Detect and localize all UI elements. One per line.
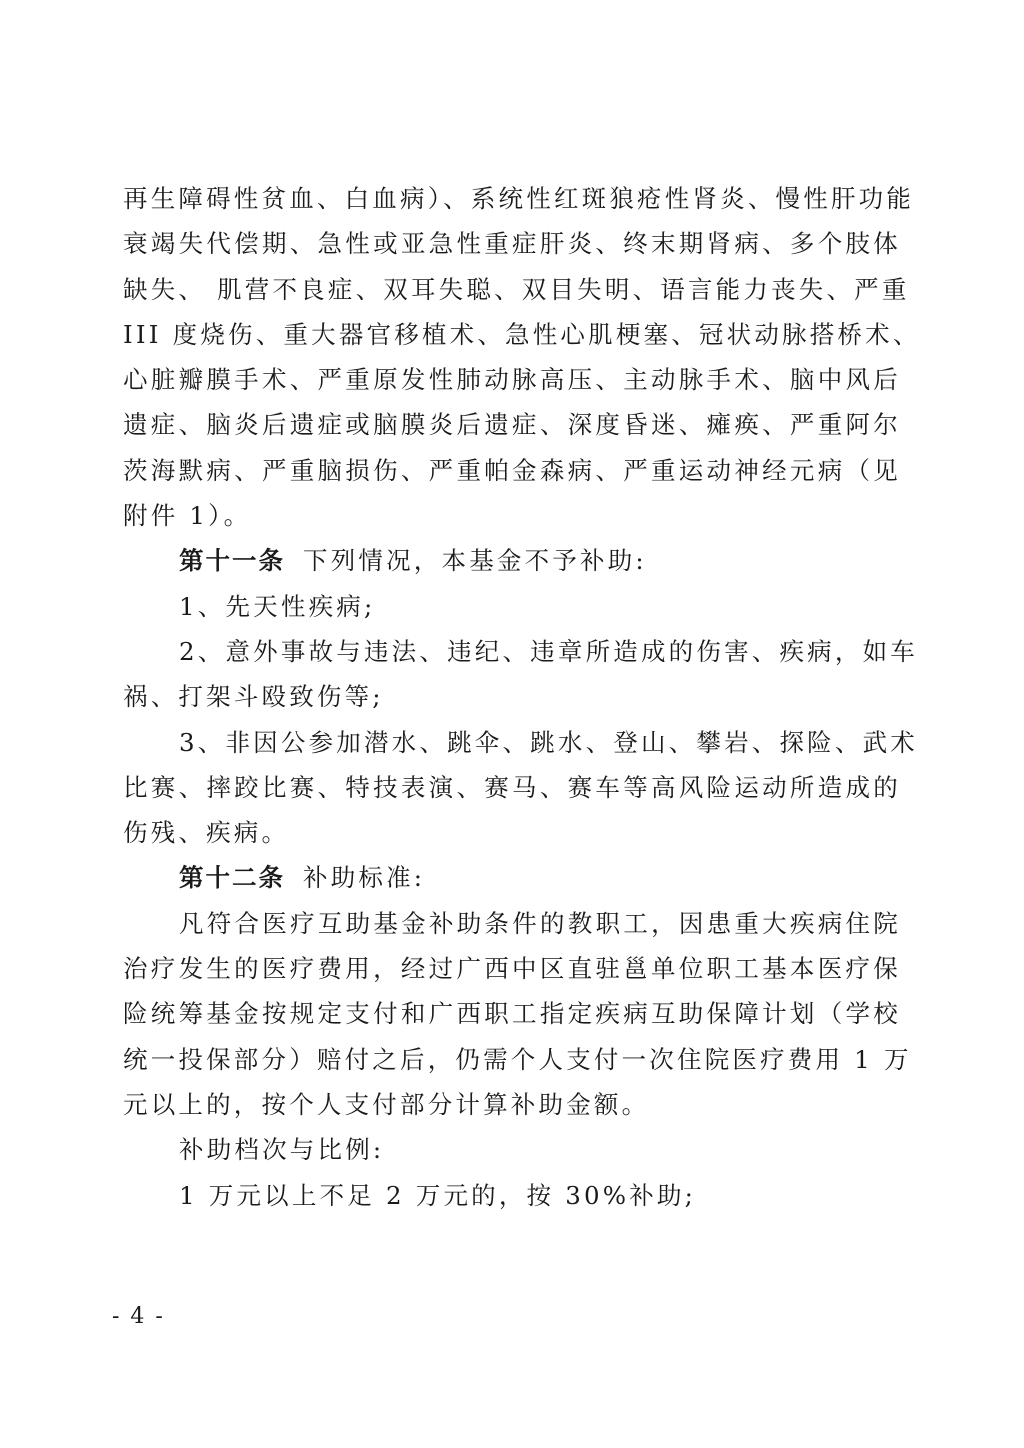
page-number: - 4 - xyxy=(112,1304,165,1329)
article-12-intro: 补助标准: xyxy=(303,863,425,892)
article-11-intro: 下列情况，本基金不予补助: xyxy=(303,546,647,575)
text-line: 衰竭失代偿期、急性或亚急性重症肝炎、终末期肾病、多个肢体 xyxy=(123,221,901,266)
text-line: 缺失、 肌营不良症、双耳失聪、双目失明、语言能力丧失、严重 xyxy=(123,267,901,312)
article-12-tiers-label: 补助档次与比例: xyxy=(123,1127,901,1172)
article-11-title-line: 第十一条下列情况，本基金不予补助: xyxy=(123,538,901,583)
article-11-item-2-line: 2、意外事故与违法、违纪、违章所造成的伤害、疾病，如车 xyxy=(123,629,901,674)
text-line: 茨海默病、严重脑损伤、严重帕金森病、严重运动神经元病（见 xyxy=(123,448,901,493)
article-12-heading: 第十二条 xyxy=(179,863,285,892)
text-line: III 度烧伤、重大器官移植术、急性心肌梗塞、冠状动脉搭桥术、 xyxy=(123,312,901,357)
article-12-paragraph-line: 统一投保部分）赔付之后，仍需个人支付一次住院医疗费用 1 万 xyxy=(123,1037,901,1082)
text-line: 附件 1）。 xyxy=(123,493,901,538)
document-body: 再生障碍性贫血、白血病）、系统性红斑狼疮性肾炎、慢性肝功能 衰竭失代偿期、急性或… xyxy=(123,176,901,1218)
text-line: 心脏瓣膜手术、严重原发性肺动脉高压、主动脉手术、脑中风后 xyxy=(123,357,901,402)
article-11-item-3-line: 比赛、摔跤比赛、特技表演、赛马、赛车等高风险运动所造成的 xyxy=(123,765,901,810)
article-12-paragraph-line: 凡符合医疗互助基金补助条件的教职工，因患重大疾病住院 xyxy=(123,901,901,946)
article-12-tier-1: 1 万元以上不足 2 万元的，按 30%补助; xyxy=(123,1173,901,1218)
article-11-item-1: 1、先天性疾病; xyxy=(123,584,901,629)
document-page: 再生障碍性贫血、白血病）、系统性红斑狼疮性肾炎、慢性肝功能 衰竭失代偿期、急性或… xyxy=(0,0,1024,1448)
article-12-paragraph-line: 元以上的，按个人支付部分计算补助金额。 xyxy=(123,1082,901,1127)
article-11-item-3-line: 伤残、疾病。 xyxy=(123,810,901,855)
article-12-title-line: 第十二条补助标准: xyxy=(123,855,901,900)
text-line: 遗症、脑炎后遗症或脑膜炎后遗症、深度昏迷、瘫痪、严重阿尔 xyxy=(123,402,901,447)
text-line: 再生障碍性贫血、白血病）、系统性红斑狼疮性肾炎、慢性肝功能 xyxy=(123,176,901,221)
article-12-paragraph-line: 治疗发生的医疗费用，经过广西中区直驻邕单位职工基本医疗保 xyxy=(123,946,901,991)
article-11-item-2-line: 祸、打架斗殴致伤等; xyxy=(123,674,901,719)
article-12-paragraph-line: 险统筹基金按规定支付和广西职工指定疾病互助保障计划（学校 xyxy=(123,991,901,1036)
article-11-heading: 第十一条 xyxy=(179,546,285,575)
article-11-item-3-line: 3、非因公参加潜水、跳伞、跳水、登山、攀岩、探险、武术 xyxy=(123,720,901,765)
